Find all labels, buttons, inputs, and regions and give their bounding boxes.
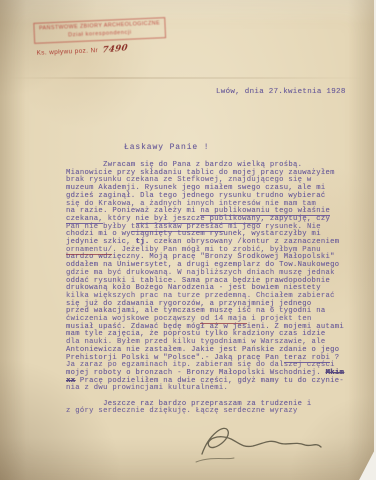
paper-fold-line	[0, 77, 374, 79]
body-line: ćwiczenia wojskowe począwszy od 14 maja …	[66, 316, 366, 324]
archive-stamp: PAŃSTWOWE ZBIORY ARCHEOLOGICZNE Dział ko…	[33, 17, 166, 58]
body-line: ornamentu/. Jeżeliby Pan mógł mi to zrob…	[66, 247, 366, 255]
stamp-registry-number: 7490	[102, 43, 129, 55]
body-line: brak rysunku czekana ze Stefkowej, znajd…	[66, 177, 366, 185]
letter-body: Zwracam się do Pana z bardzo wielką proś…	[66, 162, 366, 416]
salutation: Łaskawy Panie !	[124, 143, 210, 152]
stamp-registry-line: Ks. wpływu poz. Nr 7490	[36, 42, 166, 58]
stamp-box: PAŃSTWOWE ZBIORY ARCHEOLOGICZNE Dział ko…	[33, 17, 166, 44]
body-line: Ja zaraz po egzaminach itp. zabieram się…	[66, 362, 366, 370]
body-line: z góry serdecznie dziękuję. Łączę serdec…	[66, 408, 366, 416]
body-line: kilka większych prac na turze przedemną.…	[66, 293, 366, 301]
stamp-registry-label: Ks. wpływu poz. Nr	[36, 47, 98, 57]
letter-page: PAŃSTWOWE ZBIORY ARCHEOLOGICZNE Dział ko…	[0, 0, 374, 480]
body-line: dla nauki. Byłem przed kilku tygodniami …	[66, 339, 366, 347]
body-line: nia z dwu prowincjami kulturalnemi.	[66, 385, 366, 393]
body-line: Pan nie byłby taki łaskaw przesłać mi je…	[66, 224, 366, 232]
signature-flourish	[182, 418, 327, 470]
body-line: gdzie ma być drukowaną. W najbliższych d…	[66, 270, 366, 278]
dateline: Lwów, dnia 27.kwietnia 1928	[216, 88, 346, 96]
scan-backdrop: PAŃSTWOWE ZBIORY ARCHEOLOGICZNE Dział ko…	[0, 0, 376, 480]
body-line: się do Krakowa, a żadnych innych interes…	[66, 201, 366, 209]
